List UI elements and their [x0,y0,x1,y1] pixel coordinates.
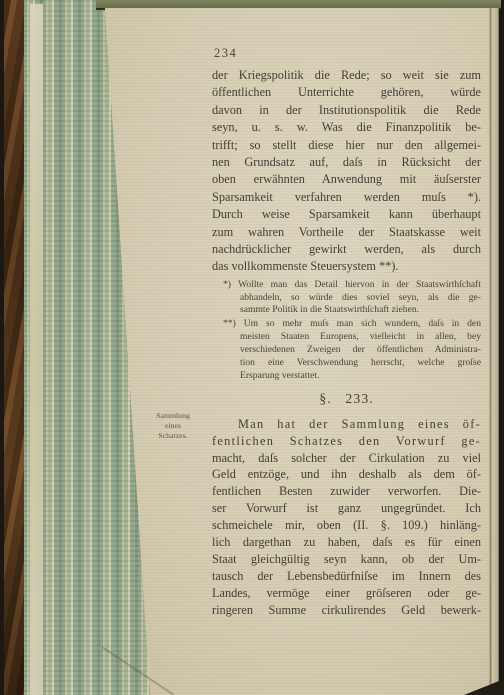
text-line: ser Vorwurf ist ganz ungegründet. Ich [212,500,481,517]
text-line: oben erwähnten Anwendung mit äuſserster [212,171,481,188]
footnote-line: meisten Staaten Europens, vielleicht in … [223,331,481,344]
fore-edge-cream-band [30,4,43,695]
footnote-line: *) Wollte man das Detail hiervon in der … [223,279,481,292]
text-line: trifft; so stellt diese hier nur den all… [212,137,481,154]
page-content: 234 der Kriegspolitik die Rede; so weit … [212,0,481,619]
text-line: nen Grundsatz auf, daſs in Rücksicht der [212,154,481,171]
body-paragraph-2: Man hat der Sammlung eines öf- fentliche… [212,416,481,619]
text-line: davon in der Institutionspolitik die Red… [212,102,481,119]
page-number: 234 [214,46,481,61]
text-line: Staat gleichgültig seyn kann, ob der Um- [212,551,481,568]
text-line: macht, daſs solcher der Cirkulation zu v… [212,450,481,467]
margin-note: Sammlung eines Schatzes. [136,411,210,441]
text-line: Geld entzöge, und ihn deshalb als dem öf… [212,466,481,483]
footnote-line: abhandeln, so würde dies soviel seyn, al… [223,292,481,305]
margin-note-line: Sammlung [136,411,210,421]
text-line: seyn, u. s. w. Was die Finanzpolitik be- [212,119,481,136]
text-line: fentlichen Besten zuwider verworfen. Die… [212,483,481,500]
text-line: zum wahren Vortheile der Staatskasse wei… [212,224,481,241]
footnote-line: verschiedenen Zweigen der öffentlichen A… [223,344,481,357]
page-right-gutter [492,8,499,695]
text-line: das vollkommenste Steuersystem **). [212,258,481,275]
footnote-2: **) Um so mehr muſs man sich wundern, da… [223,318,481,382]
footnote-line: tion eine Verschwendung herrscht, welche… [223,357,481,370]
bottom-left-crease [102,647,174,695]
footnote-1: *) Wollte man das Detail hiervon in der … [223,279,481,318]
text-line: Man hat der Sammlung eines öf- [212,416,481,433]
scanned-book-photo: 234 der Kriegspolitik die Rede; so weit … [0,0,504,695]
footnote-line: sammte Politik in die Staatswirthſchaft … [223,304,481,317]
text-line: tausch der Lebensbedürfniſse im Innern d… [212,568,481,585]
text-line: Sparsamkeit verfahren werden muſs *). [212,189,481,206]
footnote-line: **) Um so mehr muſs man sich wundern, da… [223,318,481,331]
margin-note-line: eines [136,421,210,431]
text-line: ringeren Summe cirkulirendes Geld bewerk… [212,602,481,619]
text-line: schmeichele mir, oben (II. §. 109.) hinl… [212,517,481,534]
body-paragraph-1: der Kriegspolitik die Rede; so weit sie … [212,67,481,276]
text-line: der Kriegspolitik die Rede; so weit sie … [212,67,481,84]
margin-note-line: Schatzes. [136,431,210,441]
footnotes-block: *) Wollte man das Detail hiervon in der … [212,279,481,383]
footnote-line: Ersparung verstattet. [223,370,481,383]
text-line: Durch weise Sparsamkeit kann überhaupt [212,206,481,223]
text-line: nachdrücklicher gewirkt werden, als durc… [212,241,481,258]
text-line: fentlichen Schatzes den Vorwurf ge- [212,433,481,450]
section-heading: §. 233. [212,390,481,409]
text-line: lich dargethan zu haben, daſs es für ein… [212,534,481,551]
text-line: Landes, vermöge einer gröſseren oder ge- [212,585,481,602]
text-line: öffentlichen Unterrichte gehören, würde [212,84,481,101]
